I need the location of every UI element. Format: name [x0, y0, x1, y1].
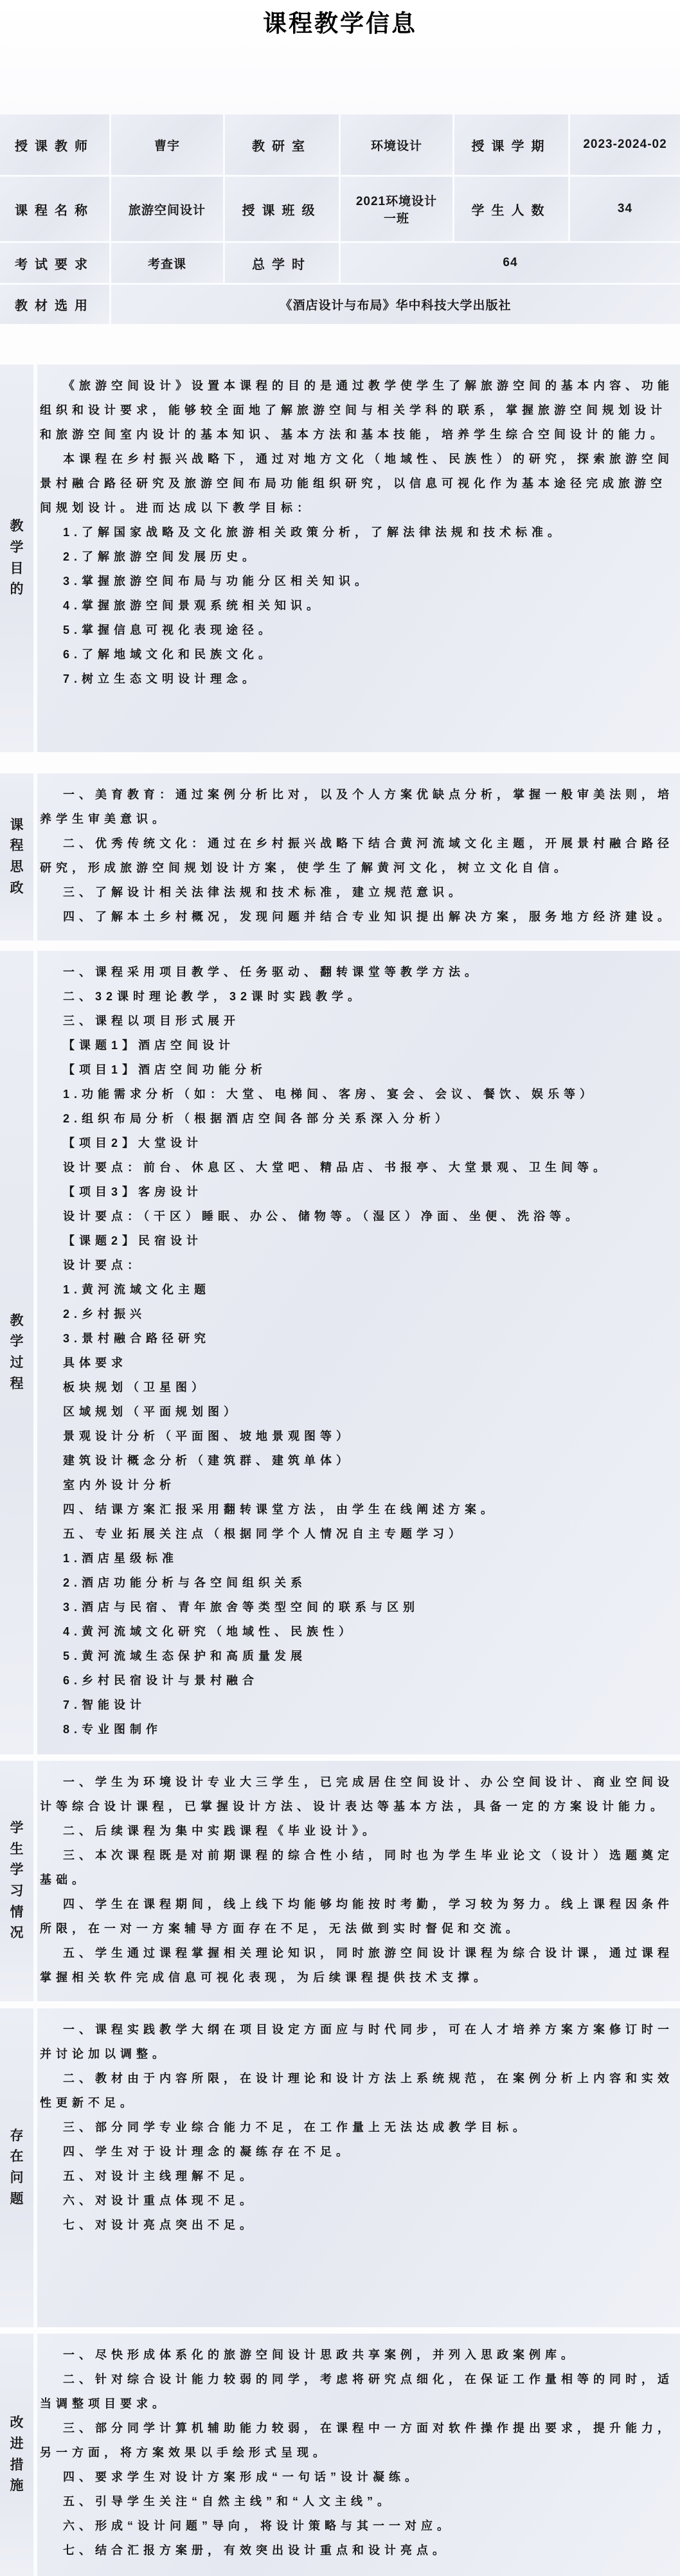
section-improvement-measures: 改进措施 一、尽快形成体系化的旅游空间设计思政共享案例，并列入思政案例库。二、针… [0, 2334, 680, 2576]
section-teaching-process: 教学过程 一、课程采用项目教学、任务驱动、翻转课堂等教学方法。二、32课时理论教… [0, 951, 680, 1754]
section-content-improvement-measures: 一、尽快形成体系化的旅游空间设计思政共享案例，并列入思政案例库。二、针对综合设计… [37, 2334, 680, 2576]
section-label-text: 教学过程 [10, 1311, 24, 1394]
paragraph: 三、部分同学专业综合能力不足，在工作量上无法达成教学目标。 [40, 2115, 675, 2139]
section-label-text: 学生学习情况 [10, 1818, 24, 1943]
section-label-teaching-objectives: 教学目的 [0, 365, 33, 752]
paragraph: 区域规划（平面规划图） [40, 1400, 675, 1424]
paragraph: 四、了解本土乡村概况，发现问题并结合专业知识提出解决方案，服务地方经济建设。 [40, 905, 675, 929]
paragraph: 《旅游空间设计》设置本课程的目的是通过教学使学生了解旅游空间的基本内容、功能组织… [40, 374, 675, 447]
paragraph: 一、课程实践教学大纲在项目设定方面应与时代同步，可在人才培养方案方案修订时一并讨… [40, 2017, 675, 2066]
paragraph: 5.掌握信息可视化表现途径。 [40, 618, 675, 642]
textbook-label: 教材选用 [0, 285, 109, 324]
paragraph: 3.景村融合路径研究 [40, 1326, 675, 1351]
section-label-text: 教学目的 [10, 516, 24, 600]
paragraph: 设计要点： [40, 1253, 675, 1277]
section-teaching-objectives: 教学目的 《旅游空间设计》设置本课程的目的是通过教学使学生了解旅游空间的基本内容… [0, 365, 680, 752]
paragraph: 六、对设计重点体现不足。 [40, 2188, 675, 2213]
paragraph: 1.黄河流域文化主题 [40, 1277, 675, 1302]
course-info-table: 授课教师 曹宇 教研室 环境设计 授课学期 2023-2024-02 课程名称 … [0, 114, 680, 324]
paragraph: 三、本次课程既是对前期课程的综合性小结，同时也为学生毕业论文（设计）选题奠定基础… [40, 1843, 675, 1892]
total-hours-value: 64 [341, 243, 680, 283]
teacher-label: 授课教师 [0, 114, 109, 175]
paragraph: 三、了解设计相关法律法规和技术标准，建立规范意识。 [40, 880, 675, 905]
paragraph: 板块规划（卫星图） [40, 1375, 675, 1400]
paragraph: 四、结课方案汇报采用翻转课堂方法，由学生在线阐述方案。 [40, 1497, 675, 1522]
office-value: 环境设计 [341, 114, 452, 175]
paragraph: 3.掌握旅游空间布局与功能分区相关知识。 [40, 569, 675, 593]
section-label-existing-problems: 存在问题 [0, 2008, 33, 2327]
section-content-teaching-objectives: 《旅游空间设计》设置本课程的目的是通过教学使学生了解旅游空间的基本内容、功能组织… [37, 365, 680, 752]
paragraph: 四、学生在课程期间，线上线下均能够均能按时考勤，学习较为努力。线上课程因条件所限… [40, 1892, 675, 1941]
paragraph: 8.专业图制作 [40, 1717, 675, 1742]
paragraph: 1.了解国家战略及文化旅游相关政策分析，了解法律法规和技术标准。 [40, 520, 675, 545]
info-row-exam: 考试要求 考查课 总学时 64 [0, 243, 680, 283]
page-title: 课程教学信息 [263, 4, 417, 39]
semester-label: 授课学期 [454, 114, 568, 175]
title-area: 课程教学信息 [0, 0, 680, 114]
paragraph: 一、学生为环境设计专业大三学生，已完成居住空间设计、办公空间设计、商业空间设计等… [40, 1770, 675, 1819]
paragraph: 7.智能设计 [40, 1693, 675, 1717]
section-label-student-learning: 学生学习情况 [0, 1761, 33, 2001]
paragraph: 3.酒店与民宿、青年旅舍等类型空间的联系与区别 [40, 1595, 675, 1619]
section-course-ideology: 课程思政 一、美育教育：通过案例分析比对，以及个人方案优缺点分析，掌握一般审美法… [0, 773, 680, 941]
paragraph: 2.了解旅游空间发展历史。 [40, 545, 675, 569]
section-label-text: 存在问题 [10, 2126, 24, 2210]
paragraph: 【项目3】客房设计 [40, 1180, 675, 1204]
paragraph: 2.酒店功能分析与各空间组织关系 [40, 1571, 675, 1595]
paragraph: 二、针对综合设计能力较弱的同学，考虑将研究点细化，在保证工作量相等的同时，适当调… [40, 2367, 675, 2416]
paragraph: 七、对设计亮点突出不足。 [40, 2213, 675, 2237]
paragraph: 【课题1】酒店空间设计 [40, 1033, 675, 1058]
paragraph: 四、学生对于设计理念的凝练存在不足。 [40, 2139, 675, 2164]
paragraph: 5.黄河流域生态保护和高质量发展 [40, 1644, 675, 1668]
paragraph: 具体要求 [40, 1351, 675, 1375]
office-label: 教研室 [225, 114, 339, 175]
paragraph: 一、课程采用项目教学、任务驱动、翻转课堂等教学方法。 [40, 960, 675, 984]
course-name-value: 旅游空间设计 [111, 177, 223, 241]
paragraph: 四、要求学生对设计方案形成“一句话”设计凝练。 [40, 2465, 675, 2489]
paragraph: 6.了解地域文化和民族文化。 [40, 642, 675, 667]
teacher-value: 曹宇 [111, 114, 223, 175]
section-label-improvement-measures: 改进措施 [0, 2334, 33, 2576]
paragraph: 二、32课时理论教学，32课时实践教学。 [40, 984, 675, 1009]
paragraph: 三、部分同学计算机辅助能力较弱，在课程中一方面对软件操作提出要求，提升能力，另一… [40, 2416, 675, 2465]
paragraph: 六、形成“设计问题”导向，将设计策略与其一一对应。 [40, 2514, 675, 2538]
paragraph: 一、尽快形成体系化的旅游空间设计思政共享案例，并列入思政案例库。 [40, 2343, 675, 2367]
paragraph: 设计要点：前台、休息区、大堂吧、精品店、书报亭、大堂景观、卫生间等。 [40, 1155, 675, 1180]
section-content-teaching-process: 一、课程采用项目教学、任务驱动、翻转课堂等教学方法。二、32课时理论教学，32课… [37, 951, 680, 1754]
paragraph: 五、学生通过课程掌握相关理论知识，同时旅游空间设计课程为综合设计课，通过课程掌握… [40, 1941, 675, 1990]
paragraph: 【项目1】酒店空间功能分析 [40, 1058, 675, 1082]
paragraph: 4.黄河流域文化研究（地域性、民族性） [40, 1619, 675, 1644]
info-row-course: 课程名称 旅游空间设计 授课班级 2021环境设计一班 学生人数 34 [0, 177, 680, 241]
students-label: 学生人数 [454, 177, 568, 241]
section-label-teaching-process: 教学过程 [0, 951, 33, 1754]
paragraph: 五、专业拓展关注点（根据同学个人情况自主专题学习） [40, 1522, 675, 1546]
students-value: 34 [570, 177, 680, 241]
paragraph: 【项目2】大堂设计 [40, 1131, 675, 1155]
class-value: 2021环境设计一班 [341, 177, 452, 241]
paragraph: 建筑设计概念分析（建筑群、建筑单体） [40, 1448, 675, 1473]
paragraph: 6.乡村民宿设计与景村融合 [40, 1668, 675, 1693]
info-row-textbook: 教材选用 《酒店设计与布局》华中科技大学出版社 [0, 285, 680, 324]
paragraph: 2.组织布局分析（根据酒店空间各部分关系深入分析） [40, 1106, 675, 1131]
paragraph: 一、美育教育：通过案例分析比对，以及个人方案优缺点分析，掌握一般审美法则，培养学… [40, 782, 675, 831]
course-teaching-info-document: 课程教学信息 授课教师 曹宇 教研室 环境设计 授课学期 2023-2024-0… [0, 0, 680, 2576]
section-label-course-ideology: 课程思政 [0, 773, 33, 941]
section-content-student-learning: 一、学生为环境设计专业大三学生，已完成居住空间设计、办公空间设计、商业空间设计等… [37, 1761, 680, 2001]
paragraph: 五、对设计主线理解不足。 [40, 2164, 675, 2188]
paragraph: 室内外设计分析 [40, 1473, 675, 1497]
exam-label: 考试要求 [0, 243, 109, 283]
paragraph: 1.酒店星级标准 [40, 1546, 675, 1571]
course-name-label: 课程名称 [0, 177, 109, 241]
paragraph: 2.乡村振兴 [40, 1302, 675, 1326]
class-label: 授课班级 [225, 177, 339, 241]
paragraph: 二、优秀传统文化：通过在乡村振兴战略下结合黄河流域文化主题，开展景村融合路径研究… [40, 831, 675, 880]
section-content-existing-problems: 一、课程实践教学大纲在项目设定方面应与时代同步，可在人才培养方案方案修订时一并讨… [37, 2008, 680, 2327]
paragraph: 设计要点：（干区）睡眠、办公、储物等。（湿区）净面、坐便、洗浴等。 [40, 1204, 675, 1229]
paragraph: 五、引导学生关注“自然主线”和“人文主线”。 [40, 2489, 675, 2514]
section-label-text: 课程思政 [10, 815, 24, 899]
paragraph: 七、结合汇报方案册，有效突出设计重点和设计亮点。 [40, 2538, 675, 2562]
section-label-text: 改进措施 [10, 2413, 24, 2496]
paragraph: 【课题2】民宿设计 [40, 1229, 675, 1253]
semester-value: 2023-2024-02 [570, 114, 680, 175]
section-student-learning: 学生学习情况 一、学生为环境设计专业大三学生，已完成居住空间设计、办公空间设计、… [0, 1761, 680, 2001]
paragraph: 二、后续课程为集中实践课程《毕业设计》。 [40, 1819, 675, 1843]
paragraph: 景观设计分析（平面图、坡地景观图等） [40, 1424, 675, 1448]
paragraph: 1.功能需求分析（如：大堂、电梯间、客房、宴会、会议、餐饮、娱乐等） [40, 1082, 675, 1106]
textbook-value: 《酒店设计与布局》华中科技大学出版社 [111, 285, 680, 324]
total-hours-label: 总学时 [225, 243, 339, 283]
exam-value: 考查课 [111, 243, 223, 283]
paragraph: 三、课程以项目形式展开 [40, 1009, 675, 1033]
paragraph: 4.掌握旅游空间景观系统相关知识。 [40, 593, 675, 618]
section-content-course-ideology: 一、美育教育：通过案例分析比对，以及个人方案优缺点分析，掌握一般审美法则，培养学… [37, 773, 680, 941]
paragraph: 7.树立生态文明设计理念。 [40, 667, 675, 691]
info-row-teacher: 授课教师 曹宇 教研室 环境设计 授课学期 2023-2024-02 [0, 114, 680, 175]
paragraph: 二、教材由于内容所限，在设计理论和设计方法上系统规范，在案例分析上内容和实效性更… [40, 2066, 675, 2115]
section-existing-problems: 存在问题 一、课程实践教学大纲在项目设定方面应与时代同步，可在人才培养方案方案修… [0, 2008, 680, 2327]
paragraph: 本课程在乡村振兴战略下，通过对地方文化（地域性、民族性）的研究，探索旅游空间景村… [40, 447, 675, 520]
